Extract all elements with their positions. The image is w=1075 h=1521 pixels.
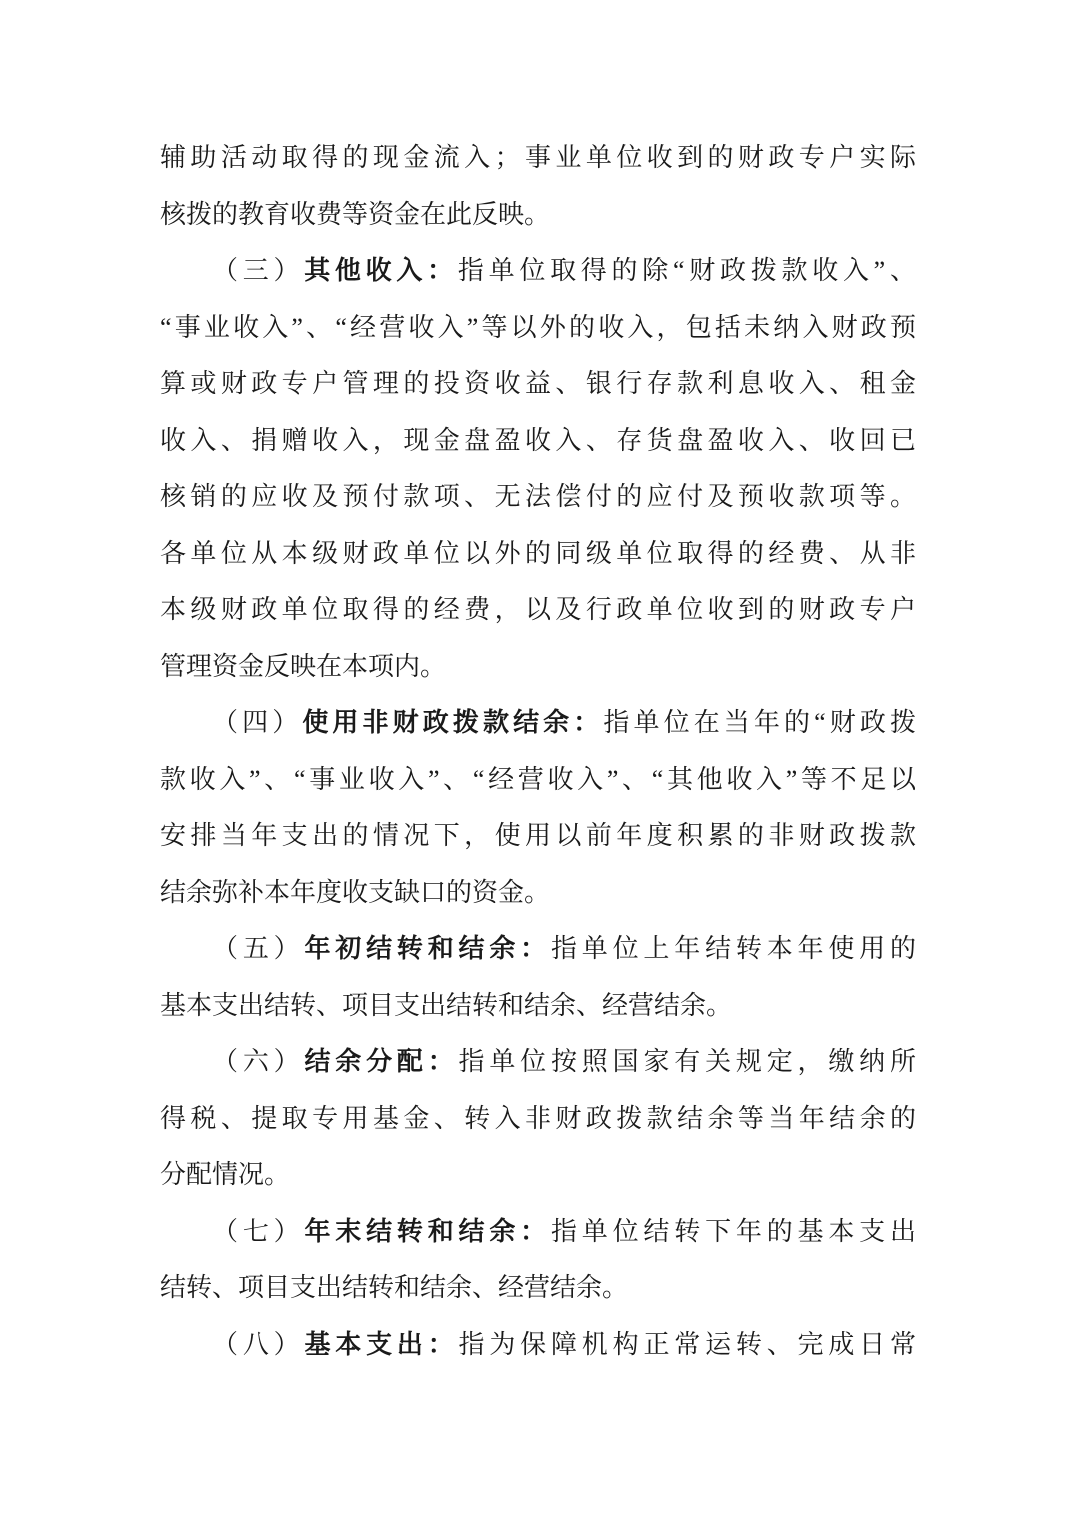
document-page: 辅助活动取得的现金流入；事业单位收到的财政专户实际核拨的教育收费等资金在此反映。… xyxy=(0,0,1075,1521)
body-text: （八） xyxy=(212,1330,304,1359)
text-line: （五）年初结转和结余：指单位上年结转本年使用的 xyxy=(160,921,916,978)
term-bold-text: 其他收入： xyxy=(304,256,458,285)
body-text: （五） xyxy=(212,934,304,963)
body-text: “事业收入”、“经营收入”等以外的收入，包括未纳入财政预 xyxy=(160,313,916,342)
text-line: 核拨的教育收费等资金在此反映。 xyxy=(160,187,916,244)
text-line: 分配情况。 xyxy=(160,1147,916,1204)
body-text: 指单位取得的除“财政拨款收入”、 xyxy=(458,256,916,285)
body-text: 结转、项目支出结转和结余、经营结余。 xyxy=(160,1273,628,1302)
body-text: 核销的应收及预付款项、无法偿付的应付及预收款项等。 xyxy=(160,482,916,511)
term-bold-text: 年初结转和结余： xyxy=(304,934,551,963)
term-bold-text: 使用非财政拨款结余： xyxy=(302,708,603,737)
body-text: （三） xyxy=(212,256,304,285)
text-line: 收入、捐赠收入，现金盘盈收入、存货盘盈收入、收回已 xyxy=(160,413,916,470)
text-line: 本级财政单位取得的经费，以及行政单位收到的财政专户 xyxy=(160,582,916,639)
body-text: （七） xyxy=(212,1217,304,1246)
body-text: 本级财政单位取得的经费，以及行政单位收到的财政专户 xyxy=(160,595,916,624)
body-text: 款收入”、“事业收入”、“经营收入”、“其他收入”等不足以 xyxy=(160,765,916,794)
term-bold-text: 年末结转和结余： xyxy=(304,1217,551,1246)
paragraph: （四）使用非财政拨款结余：指单位在当年的“财政拨款收入”、“事业收入”、“经营收… xyxy=(160,695,916,921)
body-text: 指单位上年结转本年使用的 xyxy=(551,934,916,963)
body-text: （四） xyxy=(212,708,302,737)
paragraph: （七）年末结转和结余：指单位结转下年的基本支出结转、项目支出结转和结余、经营结余… xyxy=(160,1204,916,1317)
body-text: 结余弥补本年度收支缺口的资金。 xyxy=(160,878,550,907)
paragraph: （三）其他收入：指单位取得的除“财政拨款收入”、“事业收入”、“经营收入”等以外… xyxy=(160,243,916,695)
paragraph: （六）结余分配：指单位按照国家有关规定，缴纳所得税、提取专用基金、转入非财政拨款… xyxy=(160,1034,916,1204)
text-line: 结转、项目支出结转和结余、经营结余。 xyxy=(160,1260,916,1317)
text-line: 辅助活动取得的现金流入；事业单位收到的财政专户实际 xyxy=(160,130,916,187)
text-line: 各单位从本级财政单位以外的同级单位取得的经费、从非 xyxy=(160,526,916,583)
text-line: 得税、提取专用基金、转入非财政拨款结余等当年结余的 xyxy=(160,1091,916,1148)
body-text: 核拨的教育收费等资金在此反映。 xyxy=(160,200,550,229)
body-text: 管理资金反映在本项内。 xyxy=(160,652,446,681)
text-line: （七）年末结转和结余：指单位结转下年的基本支出 xyxy=(160,1204,916,1261)
text-line: “事业收入”、“经营收入”等以外的收入，包括未纳入财政预 xyxy=(160,300,916,357)
text-line: 核销的应收及预付款项、无法偿付的应付及预收款项等。 xyxy=(160,469,916,526)
document-body: 辅助活动取得的现金流入；事业单位收到的财政专户实际核拨的教育收费等资金在此反映。… xyxy=(160,130,916,1373)
text-line: （六）结余分配：指单位按照国家有关规定，缴纳所 xyxy=(160,1034,916,1091)
body-text: 分配情况。 xyxy=(160,1160,290,1189)
body-text: 得税、提取专用基金、转入非财政拨款结余等当年结余的 xyxy=(160,1104,916,1133)
term-bold-text: 结余分配： xyxy=(304,1047,458,1076)
paragraph: （五）年初结转和结余：指单位上年结转本年使用的基本支出结转、项目支出结转和结余、… xyxy=(160,921,916,1034)
body-text: 指单位在当年的“财政拨 xyxy=(603,708,916,737)
text-line: 款收入”、“事业收入”、“经营收入”、“其他收入”等不足以 xyxy=(160,752,916,809)
body-text: 指为保障机构正常运转、完成日常 xyxy=(459,1330,916,1359)
body-text: 安排当年支出的情况下，使用以前年度积累的非财政拨款 xyxy=(160,821,916,850)
text-line: 管理资金反映在本项内。 xyxy=(160,639,916,696)
paragraph: （八）基本支出：指为保障机构正常运转、完成日常 xyxy=(160,1317,916,1374)
body-text: 辅助活动取得的现金流入；事业单位收到的财政专户实际 xyxy=(160,143,916,172)
text-line: 算或财政专户管理的投资收益、银行存款利息收入、租金 xyxy=(160,356,916,413)
text-line: （四）使用非财政拨款结余：指单位在当年的“财政拨 xyxy=(160,695,916,752)
body-text: 指单位结转下年的基本支出 xyxy=(551,1217,916,1246)
body-text: 基本支出结转、项目支出结转和结余、经营结余。 xyxy=(160,991,732,1020)
text-line: 结余弥补本年度收支缺口的资金。 xyxy=(160,865,916,922)
body-text: 各单位从本级财政单位以外的同级单位取得的经费、从非 xyxy=(160,539,916,568)
body-text: 收入、捐赠收入，现金盘盈收入、存货盘盈收入、收回已 xyxy=(160,426,916,455)
body-text: 指单位按照国家有关规定，缴纳所 xyxy=(459,1047,916,1076)
text-line: （八）基本支出：指为保障机构正常运转、完成日常 xyxy=(160,1317,916,1374)
text-line: 基本支出结转、项目支出结转和结余、经营结余。 xyxy=(160,978,916,1035)
body-text: 算或财政专户管理的投资收益、银行存款利息收入、租金 xyxy=(160,369,916,398)
paragraph: 辅助活动取得的现金流入；事业单位收到的财政专户实际核拨的教育收费等资金在此反映。 xyxy=(160,130,916,243)
text-line: （三）其他收入：指单位取得的除“财政拨款收入”、 xyxy=(160,243,916,300)
text-line: 安排当年支出的情况下，使用以前年度积累的非财政拨款 xyxy=(160,808,916,865)
body-text: （六） xyxy=(212,1047,304,1076)
term-bold-text: 基本支出： xyxy=(304,1330,458,1359)
